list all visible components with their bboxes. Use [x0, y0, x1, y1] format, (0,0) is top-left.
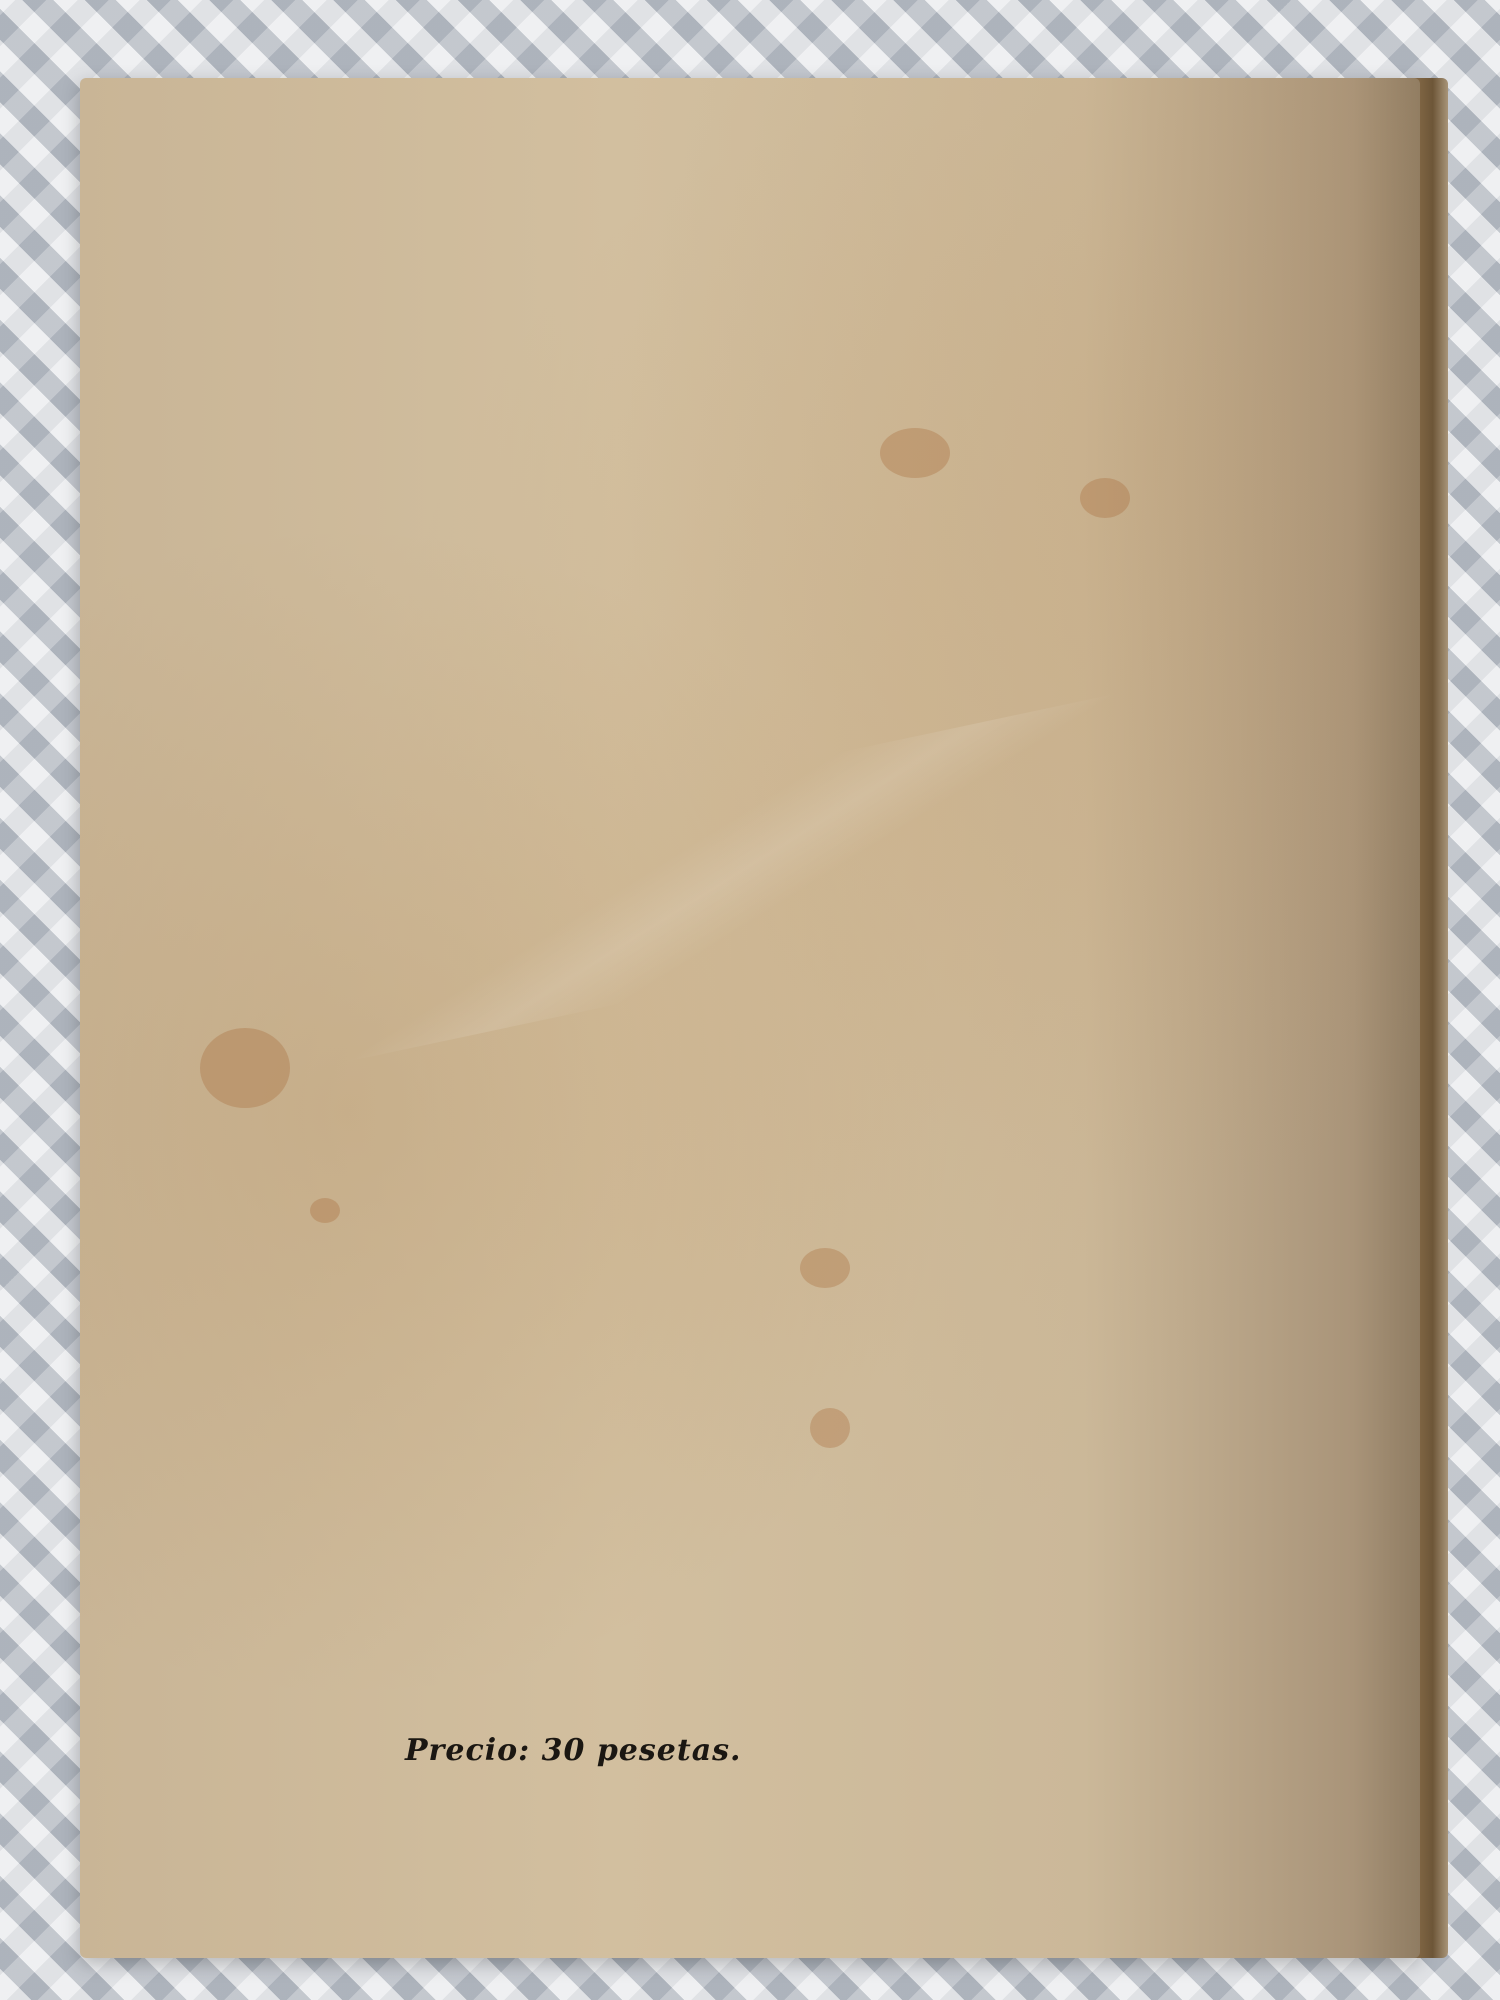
foxing-stain — [200, 1028, 290, 1108]
back-cover: Precio: 30 pesetas. — [80, 78, 1420, 1958]
plastic-cover-glare — [269, 687, 1191, 1070]
foxing-stain — [1080, 478, 1130, 518]
foxing-stain — [800, 1248, 850, 1288]
foxing-stain — [310, 1198, 340, 1223]
photo: Precio: 30 pesetas. — [0, 0, 1500, 2000]
foxing-stain — [810, 1408, 850, 1448]
price-label: Precio: 30 pesetas. — [405, 1733, 742, 1768]
book: Precio: 30 pesetas. — [80, 78, 1420, 1958]
foxing-stain — [880, 428, 950, 478]
